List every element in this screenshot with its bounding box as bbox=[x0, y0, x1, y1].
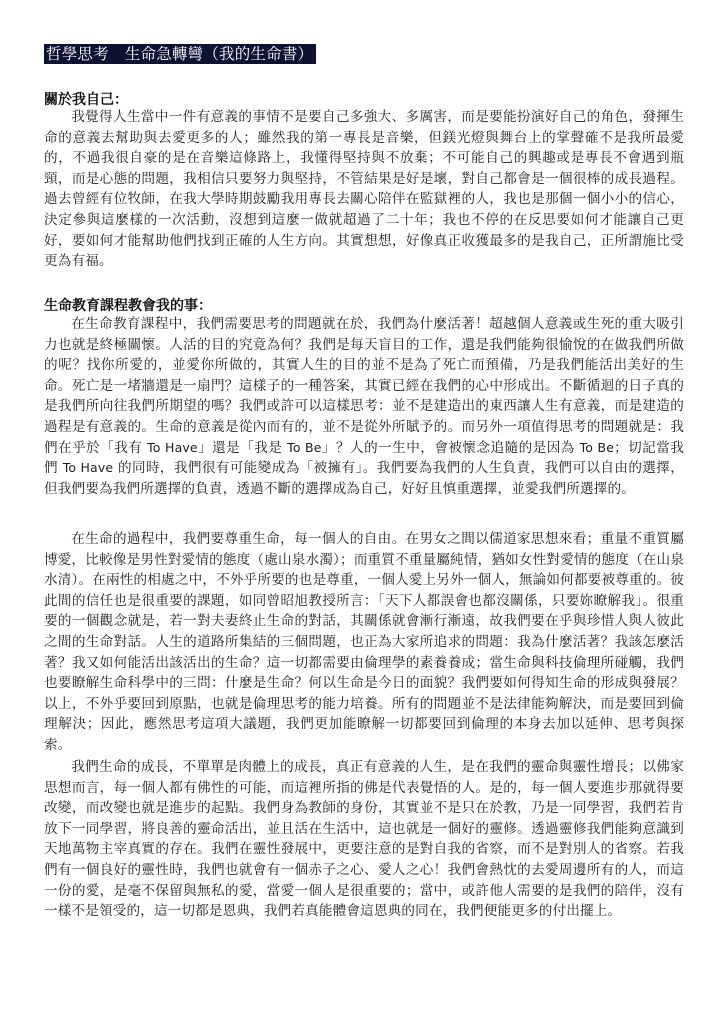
text-segment: 」？人的一生中，會被懷念追隨的是因為 bbox=[322, 440, 580, 456]
document-title: 哲學思考生命急轉彎（我的生命書） bbox=[44, 44, 316, 64]
english-term: To Be bbox=[287, 440, 321, 455]
english-term: To Have bbox=[147, 440, 198, 455]
paragraph-about-me: 我覺得人生當中一件有意義的事情不是要自己多強大、多厲害，而是要能扮演好自己的角色… bbox=[44, 107, 684, 272]
title-part-course: 哲學思考 bbox=[46, 45, 109, 63]
english-term: To Be bbox=[580, 440, 614, 455]
title-part-topic: 生命急轉彎（我的生命書） bbox=[125, 45, 313, 63]
english-term: To Have bbox=[63, 460, 114, 475]
text-segment: 的同時，我們很有可能變成為「被擁有」。我們要為我們的人生負責，我們可以自由的選擇… bbox=[44, 460, 684, 497]
paragraph-life-education-3: 我們生命的成長，不單單是肉體上的成長，真正有意義的人生，是在我們的靈命與靈性增長… bbox=[44, 757, 684, 922]
text-segment: 在生命教育課程中，我們需要思考的問題就在於，我們為什麼活著！超越個人意義或生死的… bbox=[44, 316, 684, 456]
section-heading-life-education: 生命教育課程教會我的事： bbox=[44, 296, 212, 316]
paragraph-life-education-1: 在生命教育課程中，我們需要思考的問題就在於，我們為什麼活著！超越個人意義或生死的… bbox=[44, 314, 684, 499]
paragraph-life-education-2: 在生命的過程中，我們要尊重生命，每一個人的自由。在男女之間以儒道家思想來看；重量… bbox=[44, 529, 684, 756]
text-segment: 」還是「我是 bbox=[198, 440, 287, 456]
